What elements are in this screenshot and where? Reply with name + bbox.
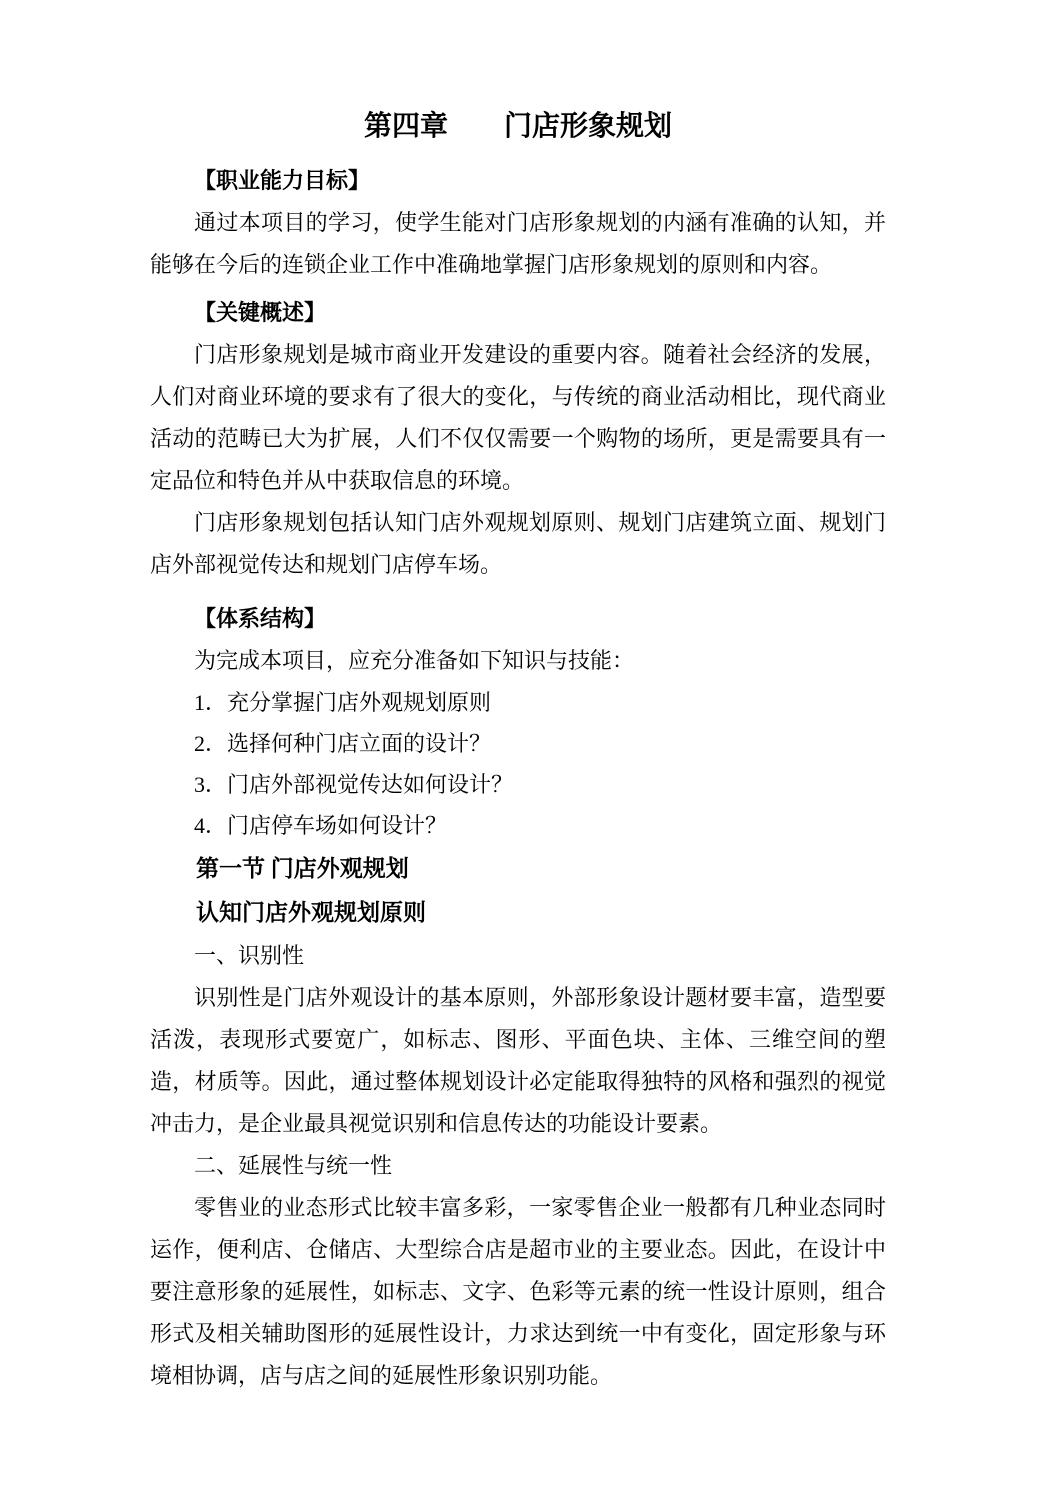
list-item: 2．选择何种门店立面的设计？ <box>150 723 886 764</box>
list-item: 4．门店停车场如何设计？ <box>150 805 886 846</box>
document-page: 第四章 门店形象规划 【职业能力目标】 通过本项目的学习，使学生能对门店形象规划… <box>150 104 886 1397</box>
point1-heading: 一、识别性 <box>150 935 886 977</box>
structure-intro: 为完成本项目，应充分准备如下知识与技能： <box>150 640 886 682</box>
structure-heading: 【体系结构】 <box>150 598 886 640</box>
section1-heading: 第一节 门店外观规划 <box>150 846 886 891</box>
point2-heading: 二、延展性与统一性 <box>150 1145 886 1187</box>
objectives-paragraph: 通过本项目的学习，使学生能对门店形象规划的内涵有准确的认知，并能够在今后的连锁企… <box>150 202 886 286</box>
knowledge-skill-list: 1．充分掌握门店外观规划原则 2．选择何种门店立面的设计？ 3．门店外部视觉传达… <box>150 682 886 846</box>
chapter-title: 第四章 门店形象规划 <box>150 104 886 150</box>
list-item: 1．充分掌握门店外观规划原则 <box>150 682 886 723</box>
objectives-heading: 【职业能力目标】 <box>150 160 886 202</box>
list-item: 3．门店外部视觉传达如何设计？ <box>150 764 886 805</box>
overview-paragraph-1: 门店形象规划是城市商业开发建设的重要内容。随着社会经济的发展，人们对商业环境的要… <box>150 334 886 502</box>
point2-paragraph: 零售业的业态形式比较丰富多彩，一家零售企业一般都有几种业态同时运作，便利店、仓储… <box>150 1187 886 1397</box>
overview-paragraph-2: 门店形象规划包括认知门店外观规划原则、规划门店建筑立面、规划门店外部视觉传达和规… <box>150 502 886 586</box>
section1-subheading: 认知门店外观规划原则 <box>150 891 886 935</box>
document-canvas: { "colors": { "text": "#000000", "page_b… <box>0 0 1059 1497</box>
point1-paragraph: 识别性是门店外观设计的基本原则，外部形象设计题材要丰富，造型要活泼，表现形式要宽… <box>150 977 886 1145</box>
overview-heading: 【关键概述】 <box>150 292 886 334</box>
